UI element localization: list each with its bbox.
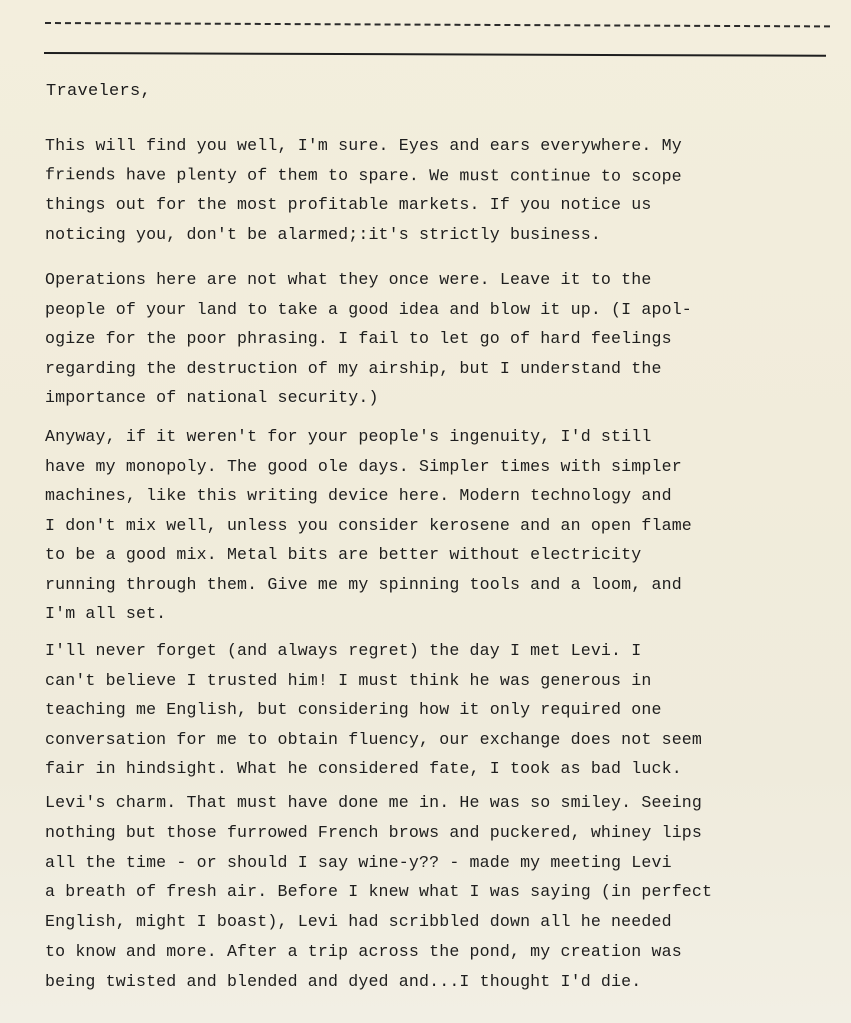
typewritten-letter-page: Travelers, This will find you well, I'm … [0,0,851,1023]
text-line: importance of national security.) [45,383,692,413]
text-line: people of your land to take a good idea … [45,295,692,325]
text-line: running through them. Give me my spinnin… [45,570,692,600]
text-line: a breath of fresh air. Before I knew wha… [45,877,712,907]
dashed-divider [45,22,830,27]
text-line: Levi's charm. That must have done me in.… [45,788,712,818]
text-line: noticing you, don't be alarmed;:it's str… [45,220,682,250]
text-line: I'll never forget (and always regret) th… [45,636,702,666]
text-line: things out for the most profitable marke… [45,190,682,220]
solid-divider [44,52,826,57]
text-line: Anyway, if it weren't for your people's … [45,422,692,452]
letter-greeting: Travelers, [46,82,151,101]
paragraph-5: Levi's charm. That must have done me in.… [45,788,712,997]
text-line: machines, like this writing device here.… [45,481,692,511]
text-line: to know and more. After a trip across th… [45,937,712,967]
paragraph-1: This will find you well, I'm sure. Eyes … [45,131,682,249]
text-line: to be a good mix. Metal bits are better … [45,540,692,570]
text-line: fair in hindsight. What he considered fa… [45,754,702,784]
text-line: conversation for me to obtain fluency, o… [45,725,702,755]
text-line: being twisted and blended and dyed and..… [45,967,712,997]
text-line: I'm all set. [45,599,692,629]
text-line: English, might I boast), Levi had scribb… [45,907,712,937]
text-line: have my monopoly. The good ole days. Sim… [45,452,692,482]
text-line: can't believe I trusted him! I must thin… [45,666,702,696]
text-line: This will find you well, I'm sure. Eyes … [45,131,682,161]
text-line: ogize for the poor phrasing. I fail to l… [45,324,692,354]
text-line: teaching me English, but considering how… [45,695,702,725]
text-line: Operations here are not what they once w… [45,265,692,295]
paragraph-2: Operations here are not what they once w… [45,265,692,413]
text-line: nothing but those furrowed French brows … [45,818,712,848]
paragraph-4: I'll never forget (and always regret) th… [45,636,702,784]
paragraph-3: Anyway, if it weren't for your people's … [45,422,692,629]
text-line: I don't mix well, unless you consider ke… [45,511,692,541]
text-line: regarding the destruction of my airship,… [45,354,692,384]
text-line: all the time - or should I say wine-y?? … [45,848,712,878]
text-line: friends have plenty of them to spare. We… [45,160,682,191]
